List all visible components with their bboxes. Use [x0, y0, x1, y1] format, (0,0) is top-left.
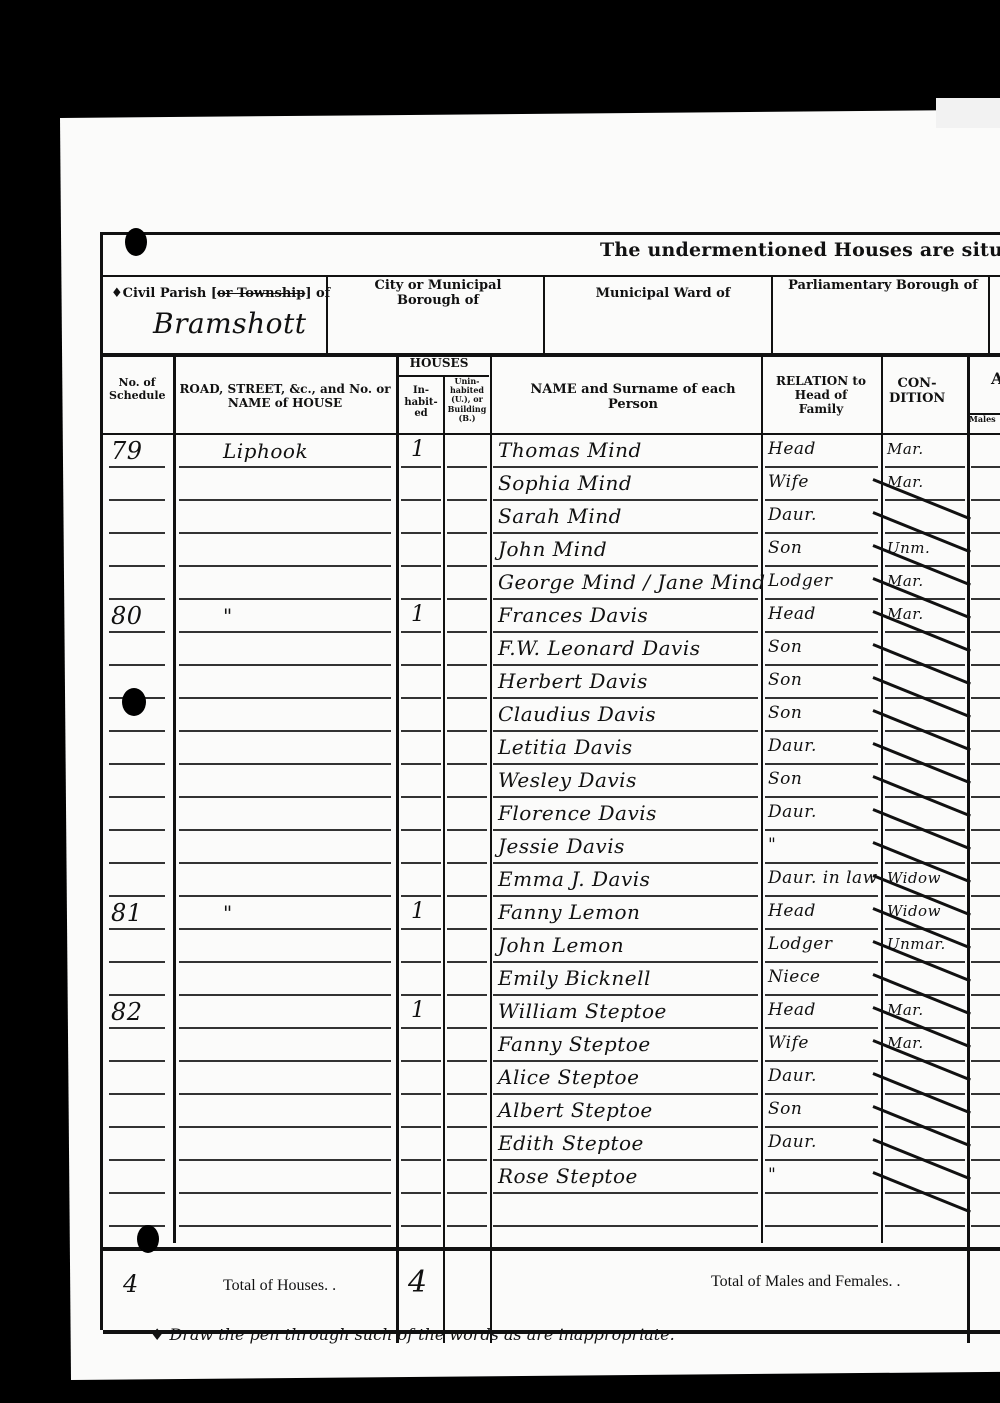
- ruled-line: [401, 862, 441, 864]
- ruled-line: [971, 631, 1000, 633]
- ruled-line: [109, 664, 165, 666]
- ruled-line: [765, 730, 878, 732]
- ruled-line: [493, 1126, 758, 1128]
- ruled-line: [447, 466, 487, 468]
- col-relation: RELATION to Head of Family: [771, 375, 871, 416]
- ruled-line: [447, 796, 487, 798]
- ruled-line: [447, 1060, 487, 1062]
- ruled-line: [109, 1126, 165, 1128]
- punch-hole: [125, 228, 147, 256]
- relation: Daur.: [768, 802, 817, 822]
- ruled-line: [109, 829, 165, 831]
- ruled-line: [401, 598, 441, 600]
- ruled-line: [971, 994, 1000, 996]
- ruled-line: [971, 697, 1000, 699]
- road-name: Liphook: [223, 439, 308, 463]
- ruled-line: [401, 664, 441, 666]
- ruled-line: [765, 829, 878, 831]
- ruled-line: [179, 466, 391, 468]
- punch-hole: [122, 688, 146, 716]
- ruled-line: [179, 961, 391, 963]
- person-name: Sophia Mind: [498, 471, 632, 495]
- relation: Son: [768, 670, 802, 690]
- ruled-line: [765, 697, 878, 699]
- person-name: Thomas Mind: [498, 438, 642, 462]
- ruled-line: [109, 730, 165, 732]
- ruled-line: [401, 532, 441, 534]
- col-age: A: [991, 370, 1000, 388]
- ruled-line: [493, 829, 758, 831]
- page-heading: The undermentioned Houses are situ: [600, 239, 1000, 261]
- ruled-line: [109, 763, 165, 765]
- person-name: Jessie Davis: [498, 834, 625, 858]
- col-uninhabited: Unin-habited (U.), or Building (B.): [445, 377, 489, 423]
- ruled-line: [109, 499, 165, 501]
- civil-parish-value: Bramshott: [153, 307, 306, 340]
- relation: Son: [768, 538, 802, 558]
- ruled-line: [179, 862, 391, 864]
- relation: ": [768, 835, 776, 855]
- ruled-line: [971, 1126, 1000, 1128]
- ruled-line: [765, 664, 878, 666]
- ruled-line: [765, 499, 878, 501]
- ruled-line: [179, 1225, 391, 1227]
- ruled-line: [447, 565, 487, 567]
- schedule-number: 79: [111, 437, 143, 465]
- road-name: ": [223, 604, 233, 628]
- ruled-line: [493, 565, 758, 567]
- relation: Head: [768, 604, 816, 624]
- person-name: Sarah Mind: [498, 504, 622, 528]
- ruled-line: [493, 1060, 758, 1062]
- person-name: John Mind: [498, 537, 607, 561]
- ruled-line: [971, 1192, 1000, 1194]
- ruled-line: [179, 1159, 391, 1161]
- ruled-line: [493, 928, 758, 930]
- ruled-line: [109, 1225, 165, 1227]
- ruled-line: [401, 829, 441, 831]
- ruled-line: [179, 796, 391, 798]
- ruled-line: [493, 862, 758, 864]
- ruled-line: [109, 961, 165, 963]
- ruled-line: [109, 565, 165, 567]
- census-form: The undermentioned Houses are situ ♦Civi…: [100, 232, 1000, 1330]
- ruled-line: [885, 466, 965, 468]
- ruled-line: [971, 862, 1000, 864]
- ruled-line: [765, 928, 878, 930]
- ruled-line: [765, 1060, 878, 1062]
- ruled-line: [765, 1225, 878, 1227]
- ruled-line: [765, 763, 878, 765]
- ruled-line: [401, 895, 441, 897]
- ruled-line: [179, 1126, 391, 1128]
- relation: Daur.: [768, 1066, 817, 1086]
- ruled-line: [401, 1159, 441, 1161]
- ruled-line: [447, 1159, 487, 1161]
- ruled-line: [493, 1093, 758, 1095]
- person-name: Emily Bicknell: [498, 966, 651, 990]
- ruled-line: [971, 499, 1000, 501]
- ruled-line: [109, 862, 165, 864]
- col-condition: CON-DITION: [889, 377, 945, 407]
- ruled-line: [447, 598, 487, 600]
- ruled-line: [493, 961, 758, 963]
- person-name: F.W. Leonard Davis: [498, 636, 701, 660]
- ruled-line: [971, 829, 1000, 831]
- ruled-line: [447, 829, 487, 831]
- ruled-line: [971, 895, 1000, 897]
- col-road: ROAD, STREET, &c., and No. or NAME of HO…: [179, 383, 391, 411]
- ruled-line: [493, 598, 758, 600]
- ruled-line: [765, 565, 878, 567]
- person-name: Wesley Davis: [498, 768, 637, 792]
- ruled-line: [179, 829, 391, 831]
- ruled-line: [765, 631, 878, 633]
- ruled-line: [493, 1159, 758, 1161]
- relation: Daur.: [768, 736, 817, 756]
- person-name: Claudius Davis: [498, 702, 656, 726]
- relation: Son: [768, 637, 802, 657]
- ruled-line: [109, 994, 165, 996]
- ruled-line: [179, 499, 391, 501]
- ruled-line: [109, 598, 165, 600]
- person-name: Letitia Davis: [498, 735, 633, 759]
- person-name: George Mind / Jane Mind: [498, 570, 766, 594]
- ruled-line: [447, 928, 487, 930]
- relation: Wife: [768, 472, 809, 492]
- ruled-line: [971, 763, 1000, 765]
- ruled-line: [179, 928, 391, 930]
- ruled-line: [109, 466, 165, 468]
- ruled-line: [971, 796, 1000, 798]
- ruled-line: [971, 565, 1000, 567]
- ruled-line: [109, 1192, 165, 1194]
- municipal-ward-label: Municipal Ward of: [563, 287, 763, 302]
- ruled-line: [971, 730, 1000, 732]
- ruled-line: [971, 1093, 1000, 1095]
- relation: Head: [768, 901, 816, 921]
- ruled-line: [971, 598, 1000, 600]
- person-name: Albert Steptoe: [498, 1098, 653, 1122]
- ruled-line: [447, 862, 487, 864]
- person-name: Alice Steptoe: [498, 1065, 639, 1089]
- ruled-line: [493, 499, 758, 501]
- ruled-line: [493, 532, 758, 534]
- ruled-line: [493, 1225, 758, 1227]
- ruled-line: [493, 466, 758, 468]
- ruled-line: [179, 895, 391, 897]
- ruled-line: [971, 466, 1000, 468]
- col-inhabited: In-habit-ed: [401, 385, 441, 420]
- ruled-line: [447, 1225, 487, 1227]
- relation: Daur. in law: [768, 868, 878, 888]
- schedule-number: 80: [111, 602, 143, 630]
- ruled-line: [109, 631, 165, 633]
- ruled-line: [109, 1159, 165, 1161]
- ruled-line: [401, 1225, 441, 1227]
- relation: Niece: [768, 967, 820, 987]
- relation: Lodger: [768, 934, 832, 954]
- ruled-line: [971, 1225, 1000, 1227]
- col-houses: HOUSES: [399, 357, 479, 371]
- ruled-line: [971, 1159, 1000, 1161]
- ruled-line: [401, 697, 441, 699]
- ruled-line: [493, 730, 758, 732]
- ruled-line: [447, 697, 487, 699]
- ruled-line: [493, 664, 758, 666]
- ruled-line: [179, 565, 391, 567]
- ruled-line: [447, 664, 487, 666]
- ruled-line: [109, 1093, 165, 1095]
- ruled-line: [179, 631, 391, 633]
- ruled-line: [447, 763, 487, 765]
- ruled-line: [179, 1027, 391, 1029]
- ruled-line: [765, 532, 878, 534]
- relation: Son: [768, 1099, 802, 1119]
- person-name: Florence Davis: [498, 801, 657, 825]
- ruled-line: [447, 1093, 487, 1095]
- ruled-line: [971, 961, 1000, 963]
- relation: Lodger: [768, 571, 832, 591]
- col-males: Males: [969, 415, 996, 424]
- ruled-line: [179, 730, 391, 732]
- ruled-line: [401, 499, 441, 501]
- ruled-line: [109, 895, 165, 897]
- person-name: Frances Davis: [498, 603, 648, 627]
- ruled-line: [971, 928, 1000, 930]
- col-name: NAME and Surname of each Person: [518, 383, 748, 413]
- person-name: John Lemon: [498, 933, 624, 957]
- ruled-line: [401, 796, 441, 798]
- person-name: Herbert Davis: [498, 669, 648, 693]
- ruled-line: [179, 664, 391, 666]
- person-name: Fanny Steptoe: [498, 1032, 651, 1056]
- ruled-line: [447, 532, 487, 534]
- total-houses-label: Total of Houses. .: [223, 1277, 336, 1295]
- ruled-line: [765, 895, 878, 897]
- person-name: Emma J. Davis: [498, 867, 650, 891]
- condition: Mar.: [887, 440, 924, 458]
- ruled-line: [401, 928, 441, 930]
- ruled-line: [401, 631, 441, 633]
- ruled-line: [493, 1192, 758, 1194]
- adjacent-page-edge: [936, 98, 1000, 128]
- ruled-line: [493, 763, 758, 765]
- ruled-line: [401, 994, 441, 996]
- ruled-line: [447, 631, 487, 633]
- ruled-line: [493, 796, 758, 798]
- ruled-line: [179, 532, 391, 534]
- relation: Daur.: [768, 1132, 817, 1152]
- city-label: City or Municipal Borough of: [353, 279, 523, 309]
- ruled-line: [765, 1093, 878, 1095]
- ruled-line: [109, 532, 165, 534]
- ruled-line: [493, 631, 758, 633]
- ruled-line: [765, 1027, 878, 1029]
- ruled-line: [401, 1060, 441, 1062]
- ruled-line: [109, 928, 165, 930]
- ruled-line: [765, 1126, 878, 1128]
- ruled-line: [179, 1093, 391, 1095]
- ruled-line: [765, 796, 878, 798]
- relation: Wife: [768, 1033, 809, 1053]
- ruled-line: [447, 1027, 487, 1029]
- punch-hole: [137, 1225, 159, 1253]
- person-name: Rose Steptoe: [498, 1164, 638, 1188]
- relation: Daur.: [768, 505, 817, 525]
- ruled-line: [401, 763, 441, 765]
- person-name: Edith Steptoe: [498, 1131, 644, 1155]
- ruled-line: [401, 730, 441, 732]
- inhabited-count: 1: [411, 602, 426, 627]
- person-name: Fanny Lemon: [498, 900, 640, 924]
- ruled-line: [765, 1159, 878, 1161]
- civil-parish-label: ♦Civil Parish [or Township] of: [111, 287, 330, 302]
- inhabited-count: 1: [411, 899, 426, 924]
- ruled-line: [401, 1093, 441, 1095]
- total-houses-value: 4: [408, 1265, 428, 1300]
- col-schedule: No. of Schedule: [109, 377, 165, 402]
- ruled-line: [765, 961, 878, 963]
- ruled-line: [401, 1192, 441, 1194]
- ruled-line: [109, 1027, 165, 1029]
- ruled-line: [765, 598, 878, 600]
- ruled-line: [493, 697, 758, 699]
- ruled-line: [179, 1060, 391, 1062]
- ruled-line: [493, 895, 758, 897]
- ruled-line: [401, 961, 441, 963]
- ruled-line: [401, 466, 441, 468]
- relation: Head: [768, 1000, 816, 1020]
- relation: Son: [768, 703, 802, 723]
- ruled-line: [493, 1027, 758, 1029]
- ruled-line: [109, 796, 165, 798]
- ruled-line: [447, 1192, 487, 1194]
- ruled-line: [447, 961, 487, 963]
- relation: ": [768, 1165, 776, 1185]
- relation: Son: [768, 769, 802, 789]
- total-schedules-value: 4: [123, 1270, 139, 1298]
- ruled-line: [765, 994, 878, 996]
- total-persons-label: Total of Males and Females. .: [711, 1273, 901, 1291]
- ruled-line: [109, 1060, 165, 1062]
- ruled-line: [447, 499, 487, 501]
- ruled-line: [179, 763, 391, 765]
- ruled-line: [971, 1027, 1000, 1029]
- ruled-line: [885, 1225, 965, 1227]
- ruled-line: [179, 598, 391, 600]
- relation: Head: [768, 439, 816, 459]
- ruled-line: [971, 532, 1000, 534]
- schedule-number: 81: [111, 899, 143, 927]
- footnote: ♦ Draw the pen through such of the words…: [150, 1325, 675, 1344]
- road-name: ": [223, 901, 233, 925]
- schedule-number: 82: [111, 998, 143, 1026]
- ruled-line: [447, 994, 487, 996]
- ruled-line: [765, 1192, 878, 1194]
- inhabited-count: 1: [411, 437, 426, 462]
- ruled-line: [493, 994, 758, 996]
- ruled-line: [971, 1060, 1000, 1062]
- ruled-line: [179, 994, 391, 996]
- ruled-line: [401, 1027, 441, 1029]
- ruled-line: [447, 730, 487, 732]
- ruled-line: [179, 1192, 391, 1194]
- ruled-line: [447, 1126, 487, 1128]
- person-name: William Steptoe: [498, 999, 667, 1023]
- inhabited-count: 1: [411, 998, 426, 1023]
- parliamentary-borough-label: Parliamentary Borough of: [783, 279, 983, 294]
- ruled-line: [401, 565, 441, 567]
- ruled-line: [765, 466, 878, 468]
- ruled-line: [401, 1126, 441, 1128]
- ruled-line: [971, 664, 1000, 666]
- ruled-line: [765, 862, 878, 864]
- ruled-line: [447, 895, 487, 897]
- ruled-line: [179, 697, 391, 699]
